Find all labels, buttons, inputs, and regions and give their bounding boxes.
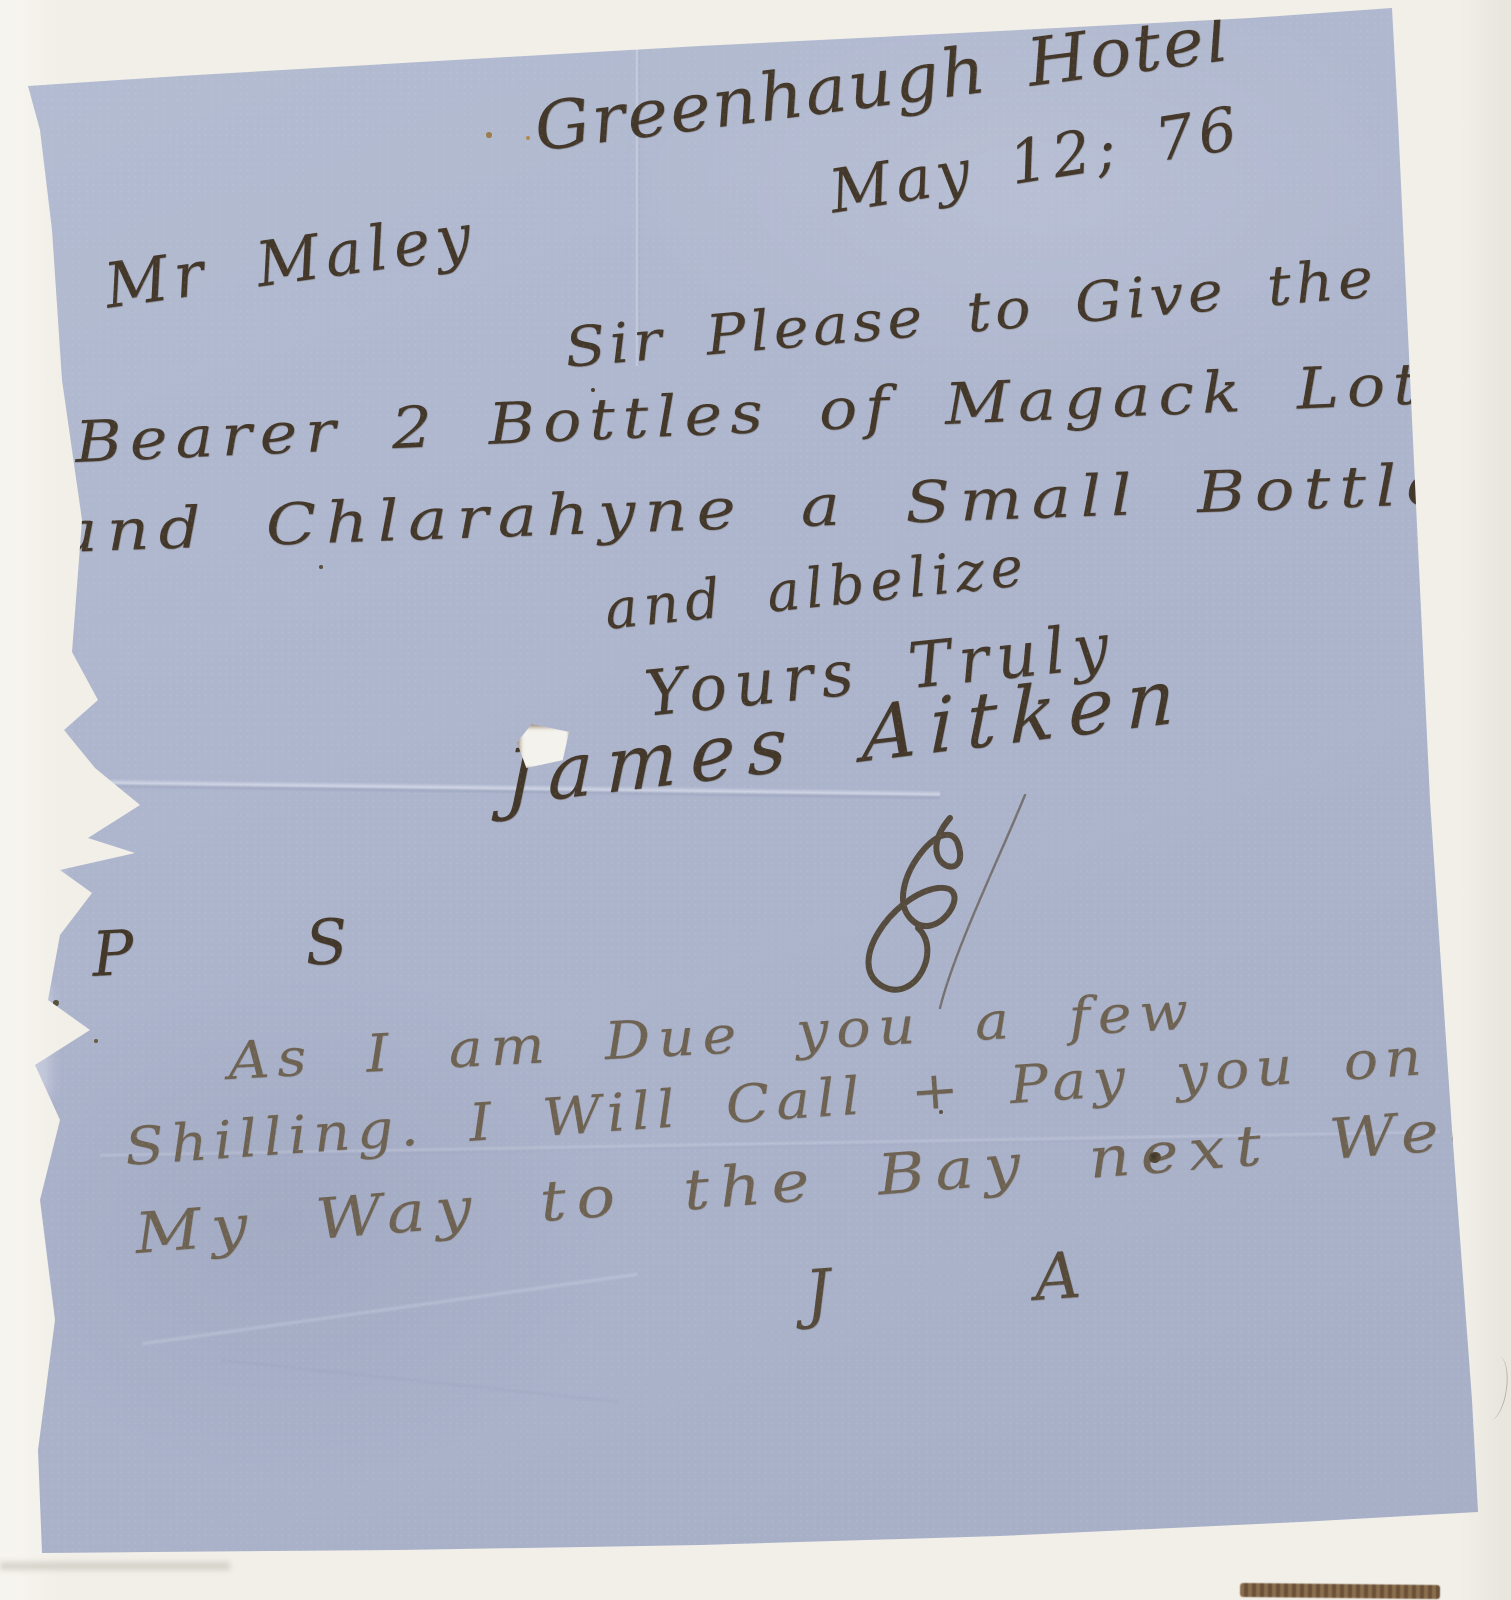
scan-debris <box>1240 1583 1440 1599</box>
scanned-letter-page: { "colors": { "scanner_background": "#f1… <box>0 0 1511 1600</box>
signature-flourish <box>790 790 1050 1020</box>
torn-edge-fibers-2 <box>24 986 50 1096</box>
postscript-initials: J A <box>802 1232 1174 1332</box>
ink-blot <box>1149 1152 1161 1163</box>
pencil-scribble <box>1478 1355 1511 1422</box>
scan-shadow <box>0 1562 230 1570</box>
bottom-left-wrinkle-2 <box>221 1357 619 1405</box>
bottom-left-wrinkle <box>142 1271 638 1347</box>
body-line: and Chlarahyne a Small Bottle <box>57 451 1455 566</box>
foxing-specks <box>20 6 22 8</box>
postscript-label: P S <box>90 901 425 991</box>
torn-edge-fibers <box>26 626 60 916</box>
letter-paper: Greenhaugh Hotel May 12; 76 Mr Maley Sir… <box>20 6 1485 1562</box>
salutation-line: Mr Maley <box>100 198 481 322</box>
